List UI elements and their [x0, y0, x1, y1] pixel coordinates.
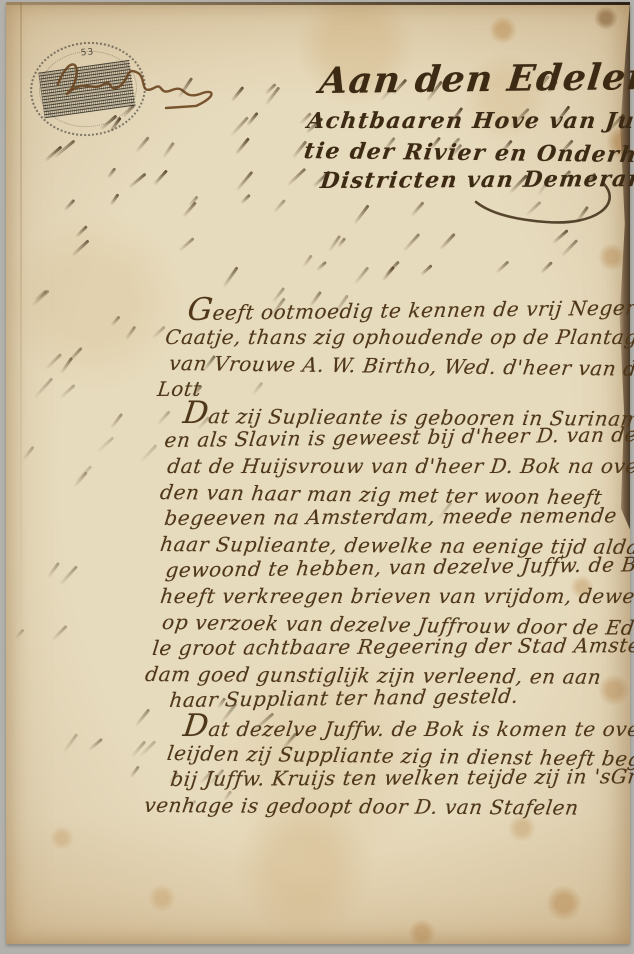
manuscript-line: Caatje, thans zig ophoudende op de Plant… [164, 325, 634, 349]
ink-bleed-stroke [135, 136, 150, 152]
ink-bleed-stroke [540, 261, 553, 274]
ink-bleed-stroke [302, 254, 313, 267]
ink-bleed-stroke [51, 625, 67, 641]
ink-bleed-stroke [156, 410, 170, 425]
manuscript-line: dat de Huijsvrouw van d'heer D. Bok na o… [166, 454, 634, 478]
ink-bleed-stroke [140, 444, 158, 463]
manuscript-page: 53 Aan den EdelenAchtbaaren Hove van Jus… [6, 2, 630, 944]
ink-bleed-stroke [129, 766, 140, 779]
ink-bleed-stroke [420, 264, 432, 276]
ink-bleed-stroke [385, 261, 400, 276]
ink-bleed-stroke [403, 233, 421, 252]
ink-bleed-stroke [561, 239, 578, 257]
ink-bleed-stroke [151, 326, 165, 340]
ink-bleed-stroke [110, 413, 123, 429]
ink-bleed-stroke [410, 201, 424, 217]
ink-bleed-stroke [122, 104, 135, 118]
ink-bleed-stroke [235, 137, 250, 154]
ink-bleed-stroke [59, 565, 78, 586]
ink-bleed-stroke [128, 173, 146, 189]
scan-background: 53 Aan den EdelenAchtbaaren Hove van Jus… [0, 0, 634, 954]
header-line: Districten van Demerarij [319, 166, 634, 194]
ink-bleed-stroke [439, 233, 456, 250]
ink-bleed-stroke [110, 193, 120, 205]
ink-bleed-stroke [353, 204, 369, 224]
ink-bleed-stroke [47, 562, 60, 578]
ink-bleed-stroke [178, 77, 193, 98]
ink-bleed-stroke [576, 206, 589, 222]
ink-bleed-stroke [97, 436, 115, 452]
ink-bleed-stroke [60, 357, 73, 374]
ink-bleed-stroke [71, 239, 89, 256]
ink-bleed-stroke [22, 446, 34, 460]
ink-bleed-stroke [110, 315, 120, 326]
manuscript-line: le groot achtbaare Regeering der Stad Am… [151, 633, 634, 660]
ink-bleed-stroke [231, 86, 245, 102]
ink-bleed-stroke [63, 733, 78, 753]
ink-bleed-stroke [252, 382, 264, 396]
ink-bleed-stroke [75, 225, 88, 238]
header-line: Achtbaaren Hove van Justi- [306, 108, 634, 134]
ink-bleed-stroke [162, 142, 175, 158]
header-line: Aan den Edelen [317, 56, 634, 102]
ink-bleed-stroke [236, 171, 254, 191]
ink-bleed-stroke [45, 353, 62, 370]
manuscript-line: venhage is gedoopt door D. van Stafelen [143, 793, 580, 820]
ink-bleed-stroke [316, 261, 327, 271]
manuscript-line: begeeven na Amsterdam, meede nemende [163, 503, 618, 530]
ink-bleed-stroke [125, 326, 137, 341]
ink-bleed-stroke [153, 169, 168, 185]
ink-bleed-stroke [552, 229, 568, 244]
ink-bleed-stroke [64, 199, 76, 211]
manuscript-line: Dat dezelve Juffw. de Bok is komen te ov… [182, 714, 634, 741]
ink-bleed-stroke [526, 201, 542, 216]
ink-bleed-stroke [496, 260, 510, 273]
manuscript-line: Geeft ootmoedig te kennen de vrij Negeri… [186, 292, 634, 325]
ink-bleed-stroke [14, 629, 24, 640]
manuscript-line: heeft verkreegen brieven van vrijdom, de… [159, 584, 634, 608]
ink-bleed-stroke [273, 199, 286, 213]
ink-bleed-stroke [107, 167, 117, 178]
ink-bleed-stroke [354, 266, 370, 284]
header-line: tie der Rivier en Onderhorige [302, 138, 634, 169]
manuscript-line: bij Juffw. Kruijs ten welken teijde zij … [169, 764, 634, 791]
ink-bleed-stroke [59, 384, 75, 399]
ink-bleed-stroke [287, 168, 307, 187]
ink-bleed-stroke [222, 266, 238, 287]
ink-bleed-stroke [230, 116, 249, 137]
ink-bleed-stroke [240, 194, 251, 204]
ink-bleed-stroke [75, 465, 93, 483]
ink-bleed-stroke [34, 377, 54, 398]
ink-bleed-stroke [135, 708, 151, 726]
manuscript-line: haar Suppliant ter hand gesteld. [168, 684, 520, 712]
ink-bleed-stroke [178, 237, 194, 252]
ink-bleed-stroke [88, 738, 103, 751]
